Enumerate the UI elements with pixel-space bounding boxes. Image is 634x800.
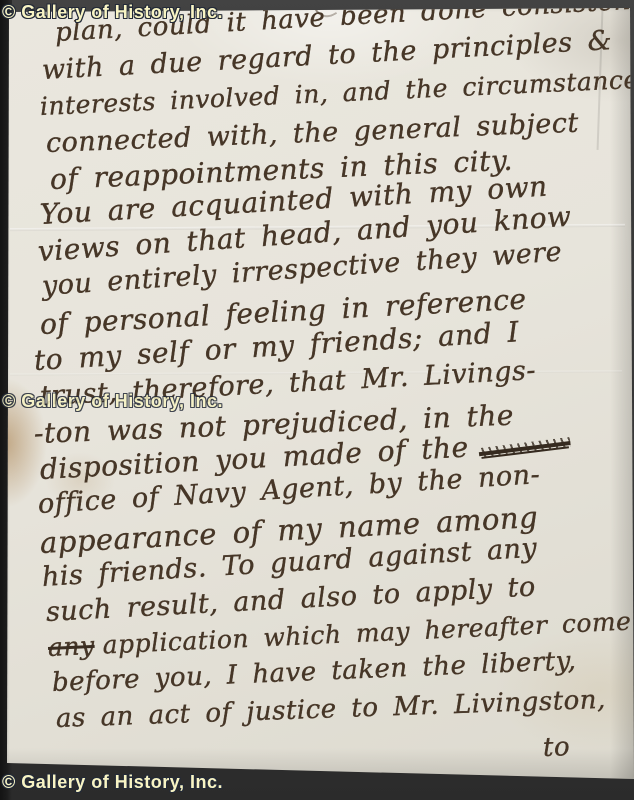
handwritten-line-text: to [542,732,570,763]
scribbled-out-word [478,436,571,461]
watermark-middle: © Gallery of History, Inc. [2,391,223,412]
handwritten-line: to [542,732,570,763]
watermark-bottom: © Gallery of History, Inc. [2,772,223,793]
scanned-letter-photo: plan, could it have been done consistent… [0,0,634,800]
watermark-top: © Gallery of History, Inc. [2,2,223,23]
struck-out-word: any [47,631,95,662]
